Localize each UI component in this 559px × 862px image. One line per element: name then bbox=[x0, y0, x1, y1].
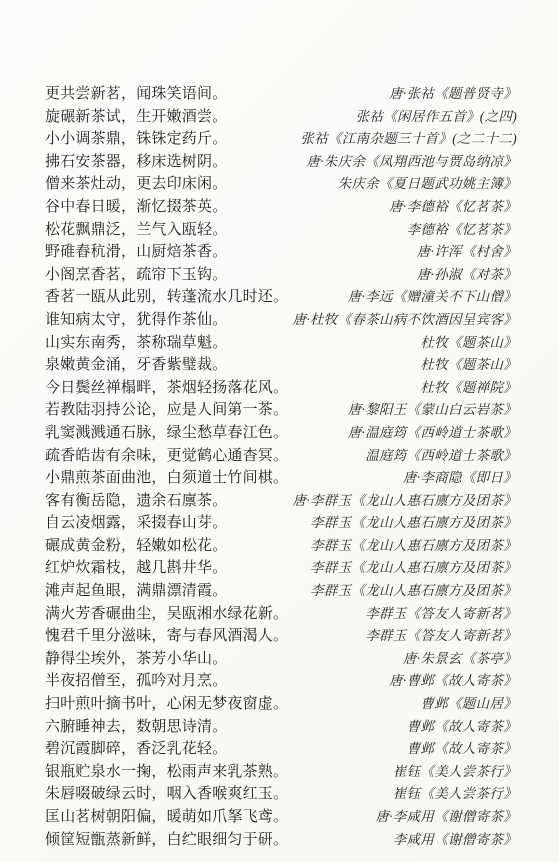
poem-source: 李群玉《龙山人惠石廪方及团茶》 bbox=[310, 556, 517, 576]
poem-quote: 谁知病太守，犹得作茶仙。 bbox=[45, 308, 227, 329]
book-page: 更共尝新茗，闻珠笑语间。 唐·张祜《题普贤寺》 旋碾新茶试，生开嫩酒尝。 张祜《… bbox=[0, 0, 559, 862]
poem-line: 满火芳香碾曲尘，吴瓯湘水绿花新。 李群玉《答友人寄新茗》 bbox=[45, 602, 517, 625]
poem-source: 唐·李群玉《龙山人惠石廪方及团茶》 bbox=[293, 489, 517, 509]
poem-quote: 银瓶贮泉水一掬，松雨声来乳茶熟。 bbox=[45, 760, 288, 781]
poem-line: 匡山茗树朝阳偏，暖萌如爪拏飞鸢。 唐·李咸用《谢僧寄茶》 bbox=[45, 805, 517, 828]
poem-source: 唐·朱景玄《茶亭》 bbox=[403, 647, 517, 667]
poem-line: 若教陆羽持公论，应是人间第一茶。 唐·黎阳王《蒙山白云岩茶》 bbox=[45, 398, 517, 421]
poem-source: 张祜《闲居作五首》(之四) bbox=[356, 105, 517, 125]
poem-quote: 红炉炊霜枝，越几斟井华。 bbox=[45, 556, 227, 577]
poem-line: 滩声起鱼眼，满鼎漂清霞。 李群玉《龙山人惠石廪方及团茶》 bbox=[45, 579, 517, 602]
poem-quote: 满火芳香碾曲尘，吴瓯湘水绿花新。 bbox=[45, 602, 288, 623]
poem-source: 曹邺《故人寄茶》 bbox=[407, 715, 517, 735]
poem-line: 六腑睡神去，数朝思诗清。 曹邺《故人寄茶》 bbox=[45, 715, 517, 738]
poem-quote: 山实东南秀，茶称瑞草魁。 bbox=[45, 331, 227, 352]
poem-line: 银瓶贮泉水一掬，松雨声来乳茶熟。 崔钰《美人尝茶行》 bbox=[45, 760, 517, 783]
poem-quote: 小阁烹香茗，疏帘下玉钩。 bbox=[45, 263, 227, 284]
poem-source: 唐·温庭筠《西岭道士茶歌》 bbox=[348, 421, 517, 441]
poem-quote: 匡山茗树朝阳偏，暖萌如爪拏飞鸢。 bbox=[45, 805, 288, 826]
poem-quote: 客有衡岳隐，遗余石廪茶。 bbox=[45, 489, 227, 510]
poem-source: 崔钰《美人尝茶行》 bbox=[393, 782, 517, 802]
poem-line: 小小调茶鼎，铢铢定药斤。 张祜《江南杂题三十首》(之二十二) bbox=[45, 127, 517, 150]
poem-source: 曹邺《题山居》 bbox=[420, 692, 517, 712]
poem-source: 曹邺《故人寄茶》 bbox=[407, 737, 517, 757]
poem-line: 旋碾新茶试，生开嫩酒尝。 张祜《闲居作五首》(之四) bbox=[45, 105, 517, 128]
poem-source: 李群玉《龙山人惠石廪方及团茶》 bbox=[310, 579, 517, 599]
poem-source: 李群玉《龙山人惠石廪方及团茶》 bbox=[310, 511, 517, 531]
poem-line: 红炉炊霜枝，越几斟井华。 李群玉《龙山人惠石廪方及团茶》 bbox=[45, 556, 517, 579]
poem-line: 香茗一瓯从此别，转蓬流水几时还。 唐·李远《赠潼关不下山僧》 bbox=[45, 285, 517, 308]
poem-source: 朱庆余《夏日题武功姚主簿》 bbox=[338, 172, 517, 192]
poem-quote: 疏香皓齿有余味，更觉鹤心通杳冥。 bbox=[45, 444, 288, 465]
poem-source: 唐·黎阳王《蒙山白云岩茶》 bbox=[348, 398, 517, 418]
poem-quote: 香茗一瓯从此别，转蓬流水几时还。 bbox=[45, 285, 288, 306]
poem-source: 杜牧《题禅院》 bbox=[420, 376, 517, 396]
poem-quote: 若教陆羽持公论，应是人间第一茶。 bbox=[45, 398, 288, 419]
poem-quote: 泉嫩黄金涌，牙香紫璧裁。 bbox=[45, 353, 227, 374]
poem-quote: 静得尘埃外，茶芳小华山。 bbox=[45, 647, 227, 668]
poem-line: 乳窦溅溅通石脉，绿尘愁草春江色。 唐·温庭筠《西岭道士茶歌》 bbox=[45, 421, 517, 444]
poem-source: 唐·李德裕《忆茗茶》 bbox=[389, 195, 517, 215]
poem-list: 更共尝新茗，闻珠笑语间。 唐·张祜《题普贤寺》 旋碾新茶试，生开嫩酒尝。 张祜《… bbox=[45, 82, 517, 850]
poem-quote: 碾成黄金粉，轻嫩如松花。 bbox=[45, 534, 227, 555]
poem-source: 唐·张祜《题普贤寺》 bbox=[389, 82, 517, 102]
poem-line: 碾成黄金粉，轻嫩如松花。 李群玉《龙山人惠石廪方及团茶》 bbox=[45, 534, 517, 557]
poem-quote: 僧来茶灶动，更去印床闲。 bbox=[45, 172, 227, 193]
poem-source: 李咸用《谢僧寄茶》 bbox=[393, 828, 517, 848]
poem-line: 拂石安茶器，移床选树阴。 唐·朱庆余《凤翔西池与贾岛纳凉》 bbox=[45, 150, 517, 173]
poem-quote: 滩声起鱼眼，满鼎漂清霞。 bbox=[45, 579, 227, 600]
poem-quote: 松花飘鼎泛，兰气入瓯轻。 bbox=[45, 218, 227, 239]
poem-line: 松花飘鼎泛，兰气入瓯轻。 李德裕《忆茗茶》 bbox=[45, 218, 517, 241]
poem-line: 扫叶煎叶摘书叶，心闲无梦夜窗虚。 曹邺《题山居》 bbox=[45, 692, 517, 715]
poem-line: 静得尘埃外，茶芳小华山。 唐·朱景玄《茶亭》 bbox=[45, 647, 517, 670]
poem-source: 李群玉《答友人寄新茗》 bbox=[365, 602, 517, 622]
poem-line: 疏香皓齿有余味，更觉鹤心通杳冥。 温庭筠《西岭道士茶歌》 bbox=[45, 444, 517, 467]
poem-source: 唐·孙淑《对茶》 bbox=[417, 263, 517, 283]
poem-source: 李群玉《答友人寄新茗》 bbox=[365, 624, 517, 644]
poem-quote: 倾筐短甑蒸新鲜，白纻眼细匀于研。 bbox=[45, 828, 288, 849]
poem-source: 唐·杜牧《春茶山病不饮酒因呈宾客》 bbox=[293, 308, 517, 328]
poem-quote: 半夜招僧至，孤吟对月烹。 bbox=[45, 669, 227, 690]
poem-line: 僧来茶灶动，更去印床闲。 朱庆余《夏日题武功姚主簿》 bbox=[45, 172, 517, 195]
poem-source: 李群玉《龙山人惠石廪方及团茶》 bbox=[310, 534, 517, 554]
poem-quote: 碧沉霞脚碎，香泛乳花轻。 bbox=[45, 737, 227, 758]
poem-quote: 小小调茶鼎，铢铢定药斤。 bbox=[45, 127, 227, 148]
poem-quote: 自云凌烟露，采掇春山芽。 bbox=[45, 511, 227, 532]
poem-line: 碧沉霞脚碎，香泛乳花轻。 曹邺《故人寄茶》 bbox=[45, 737, 517, 760]
poem-quote: 乳窦溅溅通石脉，绿尘愁草春江色。 bbox=[45, 421, 288, 442]
poem-line: 半夜招僧至，孤吟对月烹。 唐·曹邺《故人寄茶》 bbox=[45, 669, 517, 692]
poem-line: 今日鬓丝禅榻畔，茶烟轻扬落花风。 杜牧《题禅院》 bbox=[45, 376, 517, 399]
poem-line: 小鼎煎茶面曲池，白须道士竹间棋。 唐·李商隐《即日》 bbox=[45, 466, 517, 489]
poem-source: 唐·李咸用《谢僧寄茶》 bbox=[375, 805, 517, 825]
poem-line: 泉嫩黄金涌，牙香紫璧裁。 杜牧《题茶山》 bbox=[45, 353, 517, 376]
poem-line: 愧君千里分滋味，寄与春风酒渴人。 李群玉《答友人寄新茗》 bbox=[45, 624, 517, 647]
poem-line: 谁知病太守，犹得作茶仙。 唐·杜牧《春茶山病不饮酒因呈宾客》 bbox=[45, 308, 517, 331]
poem-line: 客有衡岳隐，遗余石廪茶。 唐·李群玉《龙山人惠石廪方及团茶》 bbox=[45, 489, 517, 512]
poem-quote: 今日鬓丝禅榻畔，茶烟轻扬落花风。 bbox=[45, 376, 288, 397]
poem-quote: 更共尝新茗，闻珠笑语间。 bbox=[45, 82, 227, 103]
poem-line: 更共尝新茗，闻珠笑语间。 唐·张祜《题普贤寺》 bbox=[45, 82, 517, 105]
poem-line: 山实东南秀，茶称瑞草魁。 杜牧《题茶山》 bbox=[45, 331, 517, 354]
poem-source: 杜牧《题茶山》 bbox=[420, 353, 517, 373]
poem-source: 杜牧《题茶山》 bbox=[420, 331, 517, 351]
poem-line: 倾筐短甑蒸新鲜，白纻眼细匀于研。 李咸用《谢僧寄茶》 bbox=[45, 828, 517, 851]
poem-source: 唐·朱庆余《凤翔西池与贾岛纳凉》 bbox=[306, 150, 517, 170]
poem-quote: 拂石安茶器，移床选树阴。 bbox=[45, 150, 227, 171]
poem-line: 谷中春日暖，渐忆掇茶英。 唐·李德裕《忆茗茶》 bbox=[45, 195, 517, 218]
poem-quote: 谷中春日暖，渐忆掇茶英。 bbox=[45, 195, 227, 216]
poem-quote: 野碓舂秔滑，山厨焙茶香。 bbox=[45, 240, 227, 261]
poem-source: 唐·李商隐《即日》 bbox=[403, 466, 517, 486]
poem-line: 自云凌烟露，采掇春山芽。 李群玉《龙山人惠石廪方及团茶》 bbox=[45, 511, 517, 534]
poem-source: 唐·李远《赠潼关不下山僧》 bbox=[348, 285, 517, 305]
poem-quote: 旋碾新茶试，生开嫩酒尝。 bbox=[45, 105, 227, 126]
poem-source: 张祜《江南杂题三十首》(之二十二) bbox=[300, 127, 517, 147]
poem-source: 崔钰《美人尝茶行》 bbox=[393, 760, 517, 780]
poem-line: 小阁烹香茗，疏帘下玉钩。 唐·孙淑《对茶》 bbox=[45, 263, 517, 286]
poem-source: 唐·许浑《村舍》 bbox=[417, 240, 517, 260]
poem-source: 唐·曹邺《故人寄茶》 bbox=[389, 669, 517, 689]
poem-quote: 愧君千里分滋味，寄与春风酒渴人。 bbox=[45, 624, 288, 645]
poem-source: 温庭筠《西岭道士茶歌》 bbox=[365, 444, 517, 464]
poem-quote: 扫叶煎叶摘书叶，心闲无梦夜窗虚。 bbox=[45, 692, 288, 713]
poem-quote: 六腑睡神去，数朝思诗清。 bbox=[45, 715, 227, 736]
poem-source: 李德裕《忆茗茶》 bbox=[407, 218, 517, 238]
poem-line: 野碓舂秔滑，山厨焙茶香。 唐·许浑《村舍》 bbox=[45, 240, 517, 263]
poem-quote: 朱唇啜破绿云时，咽入香喉爽红玉。 bbox=[45, 782, 288, 803]
poem-line: 朱唇啜破绿云时，咽入香喉爽红玉。 崔钰《美人尝茶行》 bbox=[45, 782, 517, 805]
poem-quote: 小鼎煎茶面曲池，白须道士竹间棋。 bbox=[45, 466, 288, 487]
